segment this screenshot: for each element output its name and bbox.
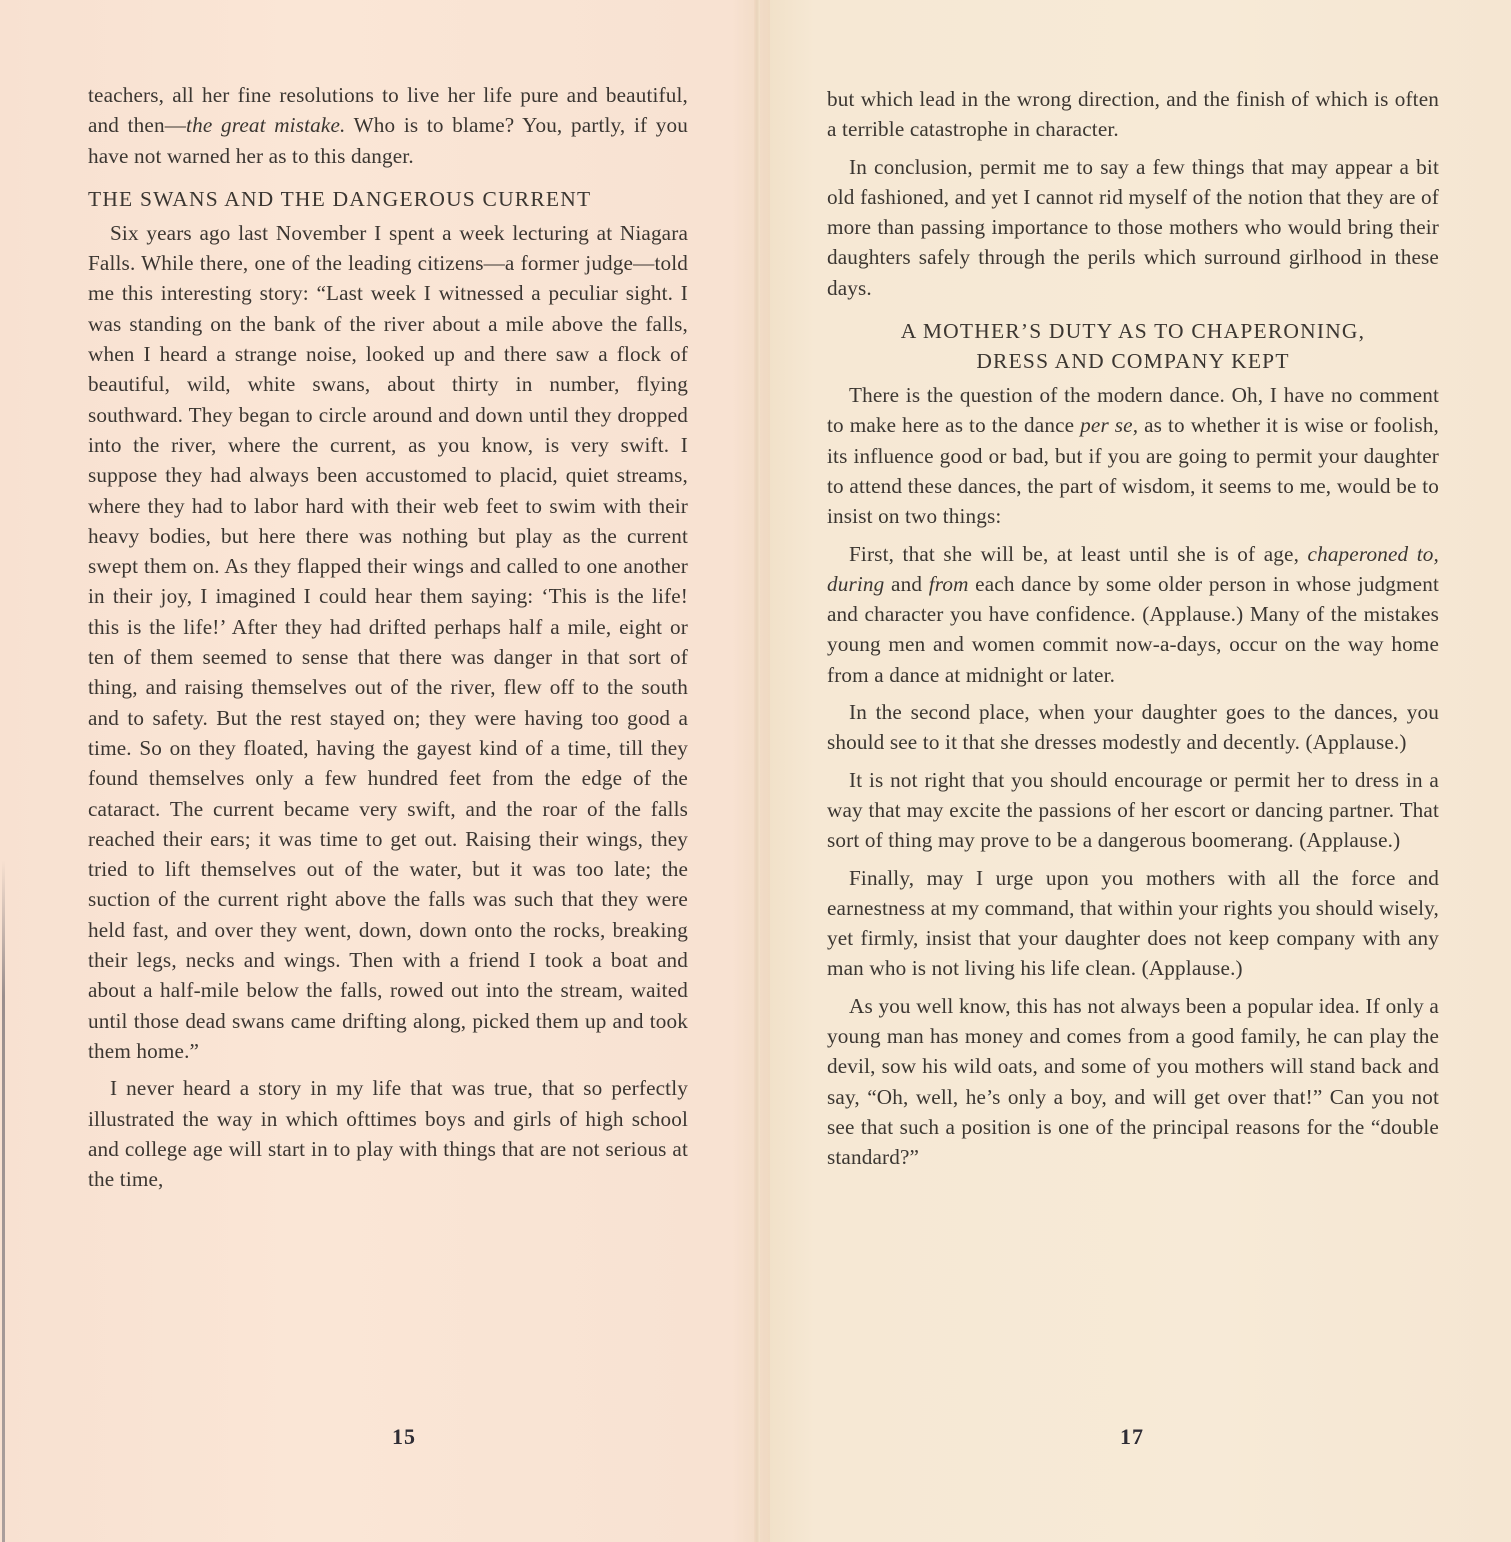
paragraph-swan-story: Six years ago last November I spent a we… <box>88 218 688 1066</box>
paragraph-not-right: It is not right that you should encourag… <box>827 765 1439 856</box>
page-number-left: 15 <box>392 1424 416 1450</box>
paragraph-double-standard: As you well know, this has not always be… <box>827 991 1439 1173</box>
section-heading-mothers-duty: A MOTHER’S DUTY AS TO CHAPERONING, DRESS… <box>827 316 1439 376</box>
paragraph-first-chaperoned: First, that she will be, at least until … <box>827 539 1439 690</box>
paragraph-finally: Finally, may I urge upon you mothers wit… <box>827 863 1439 984</box>
paragraph-never-heard: I never heard a story in my life that wa… <box>88 1073 688 1194</box>
paragraph-conclusion: In conclusion, permit me to say a few th… <box>827 152 1439 303</box>
emphasis-per-se: per se, <box>1080 413 1138 437</box>
book-gutter <box>754 0 760 1542</box>
section-heading-swans: THE SWANS AND THE DANGEROUS CURRENT <box>88 184 688 214</box>
emphasis-great-mistake: the great mistake. <box>186 113 345 137</box>
heading-line-2: DRESS AND COMPANY KEPT <box>827 346 1439 376</box>
paragraph-modern-dance: There is the question of the modern danc… <box>827 380 1439 531</box>
right-page-text: but which lead in the wrong direction, a… <box>827 84 1439 1173</box>
paragraph-great-mistake: teachers, all her fine resolutions to li… <box>88 80 688 171</box>
book-spread: teachers, all her fine resolutions to li… <box>0 0 1511 1542</box>
left-page: teachers, all her fine resolutions to li… <box>0 0 770 1542</box>
right-page: but which lead in the wrong direction, a… <box>770 0 1511 1542</box>
page-number-right: 17 <box>1120 1424 1144 1450</box>
left-page-text: teachers, all her fine resolutions to li… <box>88 80 688 1194</box>
emphasis-from: from <box>929 572 969 596</box>
paragraph-second-place: In the second place, when your daughter … <box>827 697 1439 758</box>
paragraph-continuation: but which lead in the wrong direction, a… <box>827 84 1439 145</box>
heading-line-1: A MOTHER’S DUTY AS TO CHAPERONING, <box>827 316 1439 346</box>
